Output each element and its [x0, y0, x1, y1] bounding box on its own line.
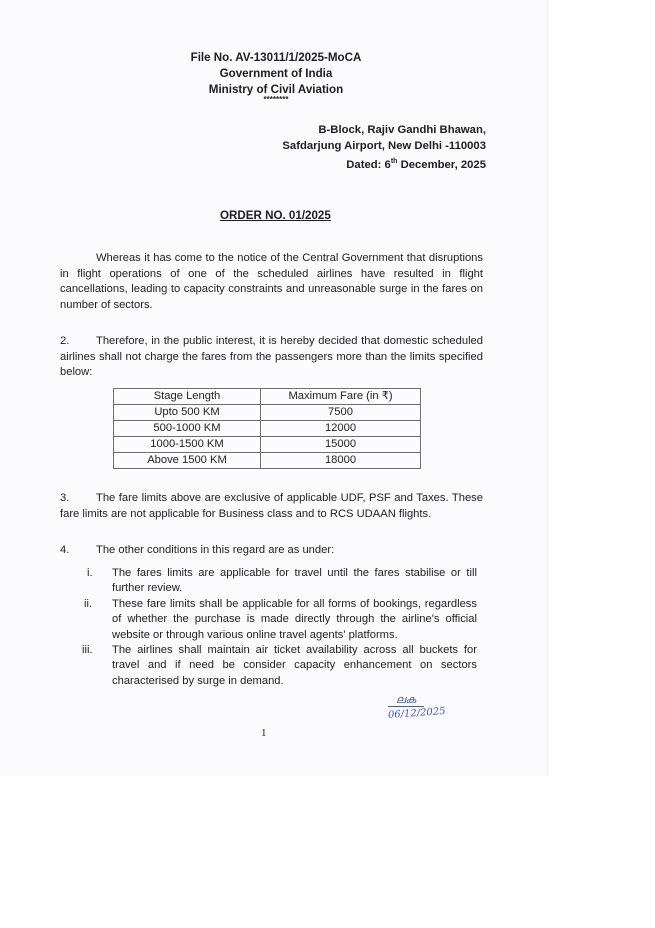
date-prefix: Dated: 6 — [346, 159, 391, 171]
order-title: ORDER NO. 01/2025 — [220, 209, 331, 222]
table-row: Upto 500 KM 7500 — [114, 405, 421, 421]
stage-length-cell: 1000-1500 KM — [114, 437, 261, 453]
table-header-row: Stage Length Maximum Fare (in ₹) — [114, 389, 421, 405]
header-maximum-fare: Maximum Fare (in ₹) — [261, 389, 421, 405]
paragraph-3: 3.The fare limits above are exclusive of… — [60, 491, 483, 522]
condition-text: The fares limits are applicable for trav… — [112, 566, 477, 597]
condition-text: These fare limits shall be applicable fo… — [112, 597, 477, 643]
signature-date: 06/12/2025 — [388, 706, 446, 722]
paragraph-1: Whereas it has come to the notice of the… — [60, 251, 483, 313]
condition-number: iii. — [82, 643, 93, 658]
fare-cell: 7500 — [261, 405, 421, 421]
fare-cell: 15000 — [261, 437, 421, 453]
table-row: Above 1500 KM 18000 — [114, 453, 421, 469]
date-line: Dated: 6th December, 2025 — [166, 154, 486, 173]
file-number: File No. AV-13011/1/2025-MoCA — [126, 50, 426, 66]
condition-number: i. — [87, 566, 93, 581]
government-name: Government of India — [126, 66, 426, 82]
document-page: File No. AV-13011/1/2025-MoCA Government… — [0, 0, 548, 776]
fare-limits-table: Stage Length Maximum Fare (in ₹) Upto 50… — [113, 388, 421, 469]
condition-text: The airlines shall maintain air ticket a… — [112, 643, 477, 689]
paragraph-4-number: 4. — [60, 543, 96, 559]
paragraph-3-number: 3. — [60, 491, 96, 507]
address-line-2: Safdarjung Airport, New Delhi -110003 — [166, 138, 486, 155]
paragraph-3-text: The fare limits above are exclusive of a… — [60, 492, 483, 520]
stage-length-cell: Upto 500 KM — [114, 405, 261, 421]
page-number: 1 — [261, 727, 267, 739]
handwritten-signature: ലക 06/12/2025 — [388, 694, 446, 720]
fare-cell: 12000 — [261, 421, 421, 437]
address-line-1: B-Block, Rajiv Gandhi Bhawan, — [166, 122, 486, 139]
condition-number: ii. — [84, 597, 92, 612]
stage-length-cell: Above 1500 KM — [114, 453, 261, 469]
paragraph-4-text: The other conditions in this regard are … — [96, 544, 334, 556]
paragraph-4: 4.The other conditions in this regard ar… — [60, 543, 483, 559]
table-row: 500-1000 KM 12000 — [114, 421, 421, 437]
paragraph-2-text: Therefore, in the public interest, it is… — [60, 335, 483, 378]
paragraph-2: 2.Therefore, in the public interest, it … — [60, 334, 483, 381]
paragraph-2-number: 2. — [60, 334, 96, 350]
table-row: 1000-1500 KM 15000 — [114, 437, 421, 453]
fare-cell: 18000 — [261, 453, 421, 469]
stage-length-cell: 500-1000 KM — [114, 421, 261, 437]
date-suffix: December, 2025 — [397, 159, 486, 171]
header-stage-length: Stage Length — [114, 389, 261, 405]
separator-stars: ******** — [126, 95, 426, 105]
signature-initials: ലക — [388, 694, 424, 707]
